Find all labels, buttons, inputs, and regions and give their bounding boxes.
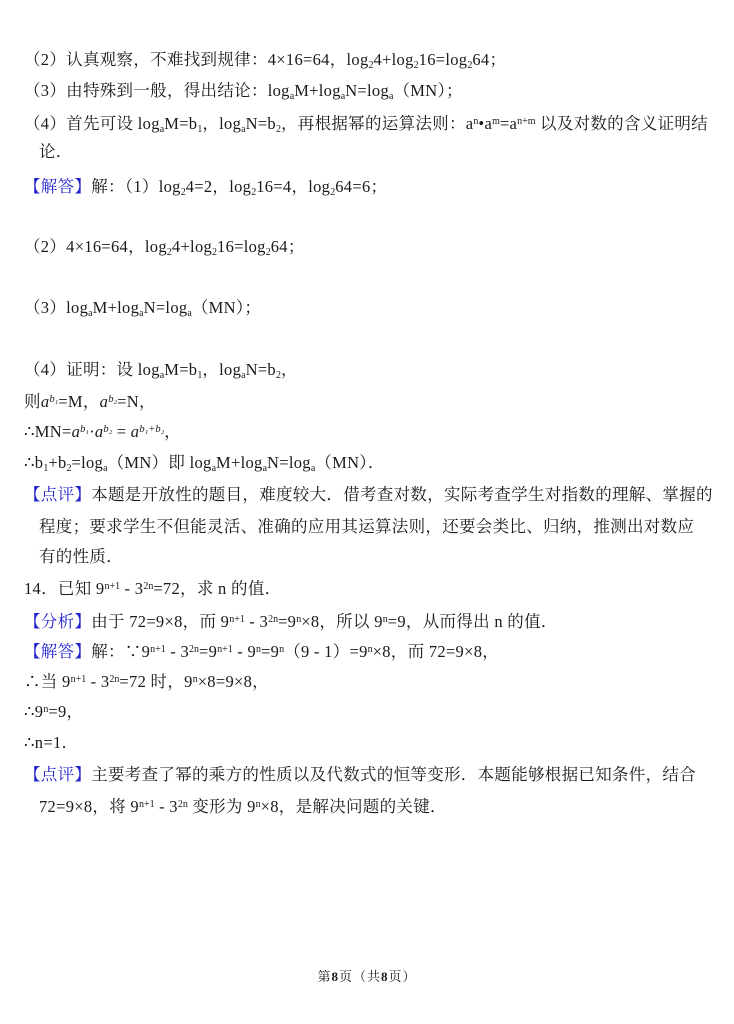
p13-answer-part4-setup: （4）证明：设 logaM=b1，logaN=b2， <box>24 355 298 385</box>
text-segment: N=b <box>246 114 276 133</box>
text-segment: ， <box>281 360 298 379</box>
q14-answer-line4: ∴n=1． <box>24 728 78 758</box>
page-footer: 第8页（共8页） <box>0 966 734 985</box>
p13-answer-part3: （3）logaM+logaN=loga（MN）； <box>24 293 261 323</box>
text-segment: =9，从而得出 n 的值． <box>388 612 558 631</box>
text-segment: N=log <box>267 453 311 472</box>
text-segment: N=log <box>144 298 188 317</box>
text-segment: ×8，是解决问题的关键． <box>261 797 447 816</box>
text-segment: （9 - 1）=9 <box>284 642 368 661</box>
section-label: 【点评】 <box>24 765 91 784</box>
text-segment: （MN）； <box>192 298 261 317</box>
section-label: 【解答】 <box>24 642 91 661</box>
section-label: 【解答】 <box>24 177 91 196</box>
text-segment: a <box>100 392 109 411</box>
text-segment: 4+log <box>374 50 414 69</box>
q14-comment-line2: 72=9×8，将 9n+1 - 32n 变形为 9n×8，是解决问题的关键． <box>39 790 447 820</box>
text-segment: 8 <box>331 969 339 984</box>
text-segment: 程度；要求学生不但能灵活、准确的应用其运算法则，还要会类比、归纳，推测出对数应 <box>39 517 694 536</box>
text-segment: b₂ <box>103 424 112 435</box>
text-segment: M+log <box>93 298 140 317</box>
text-segment: （MN）即 log <box>108 453 212 472</box>
q14-answer-line1: 【解答】解：∵9n+1 - 32n=9n+1 - 9n=9n（9 - 1）=9n… <box>24 635 499 665</box>
text-segment: 2n <box>178 799 188 810</box>
text-segment: a <box>72 422 81 441</box>
text-segment: ，再根据幂的运算法则：a <box>281 114 473 133</box>
q14-answer-line2: ∴当 9n+1 - 32n=72 时，9n×8=9×8， <box>24 665 269 695</box>
text-segment: 2n <box>268 614 278 625</box>
text-segment: （3）log <box>24 298 88 317</box>
text-segment: 16=log <box>419 50 468 69</box>
text-segment: n+1 <box>71 674 87 685</box>
text-segment: = <box>112 422 130 441</box>
text-segment: ，log <box>202 360 241 379</box>
text-segment: 有的性质． <box>39 547 123 566</box>
text-segment: =72，求 n 的值． <box>153 579 281 598</box>
text-segment: =a <box>500 114 517 133</box>
text-segment: 72=9×8，将 9 <box>39 797 139 816</box>
text-segment: ∴n=1． <box>24 733 78 752</box>
p13-answer-part4-line4: ∴b1+b2=loga（MN）即 logaM+logaN=loga（MN）． <box>24 448 385 478</box>
q14-comment-line1: 【点评】主要考查了幂的乘方的性质以及代数式的恒等变形．本题能够根据已知条件，结合 <box>24 760 696 790</box>
text-segment: 由于 72=9×8，而 9 <box>91 612 229 631</box>
text-segment: 4+log <box>172 237 212 256</box>
p13-analysis-step4: （4）首先可设 logaM=b1，logaN=b2，再根据幂的运算法则：an•a… <box>24 107 708 137</box>
p13-comment-line3: 有的性质． <box>39 542 123 572</box>
text-segment: （4）证明：设 log <box>24 360 160 379</box>
text-segment: =72 时，9 <box>119 672 192 691</box>
text-segment: 以及对数的含义证明结 <box>536 114 708 133</box>
text-segment: 则 <box>24 392 41 411</box>
p13-analysis-step4-cont: 论． <box>39 137 73 167</box>
text-segment: 16=log <box>217 237 266 256</box>
text-segment: 解：（1）log <box>91 177 180 196</box>
text-segment: 64=6； <box>335 177 387 196</box>
text-segment: n+1 <box>217 644 233 655</box>
text-segment: ， <box>164 422 181 441</box>
text-segment: b₁ <box>49 394 58 405</box>
text-segment: =M， <box>58 392 99 411</box>
text-segment: M+log <box>216 453 263 472</box>
text-segment: b₂ <box>108 394 117 405</box>
text-segment: （2）4×16=64，log <box>24 237 167 256</box>
text-segment: M=b <box>164 360 197 379</box>
q14-answer-line3: ∴9n=9， <box>24 695 83 725</box>
text-segment: 第 <box>317 969 331 984</box>
section-label: 【点评】 <box>24 485 91 504</box>
text-segment: 2n <box>143 581 153 592</box>
p13-answer-part4-line3: ∴MN=ab₁·ab₂ = ab₁+b₂， <box>24 415 181 445</box>
text-segment: 变形为 9 <box>188 797 256 816</box>
text-segment: 本题是开放性的题目，难度较大．借考查对数，实际考查学生对指数的理解、掌握的 <box>91 485 713 504</box>
text-segment: n+1 <box>104 581 120 592</box>
p13-analysis-step2: （2）认真观察，不难找到规律：4×16=64，log24+log216=log2… <box>24 45 506 75</box>
p13-answer-part1: 【解答】解：（1）log24=2，log216=4，log264=6； <box>24 172 387 202</box>
text-segment: m <box>492 116 500 127</box>
text-segment: 页） <box>389 969 417 984</box>
p13-comment-line1: 【点评】本题是开放性的题目，难度较大．借考查对数，实际考查学生对指数的理解、掌握… <box>24 480 713 510</box>
text-segment: ∴当 9 <box>24 672 71 691</box>
text-segment: +b <box>48 453 66 472</box>
text-segment: - 3 <box>155 797 178 816</box>
text-segment: （MN）． <box>315 453 384 472</box>
text-segment: ∴MN= <box>24 422 72 441</box>
text-segment: 论． <box>39 142 73 161</box>
text-segment: 页（共 <box>339 969 381 984</box>
text-segment: ×8=9×8， <box>198 672 269 691</box>
text-segment: 解：∵9 <box>91 642 150 661</box>
text-segment: ×8，所以 9 <box>301 612 383 631</box>
text-segment: b₁+b₂ <box>139 424 164 435</box>
text-segment: 2n <box>189 644 199 655</box>
text-segment: - 3 <box>166 642 189 661</box>
text-segment: 16=4，log <box>256 177 330 196</box>
section-label: 【分析】 <box>24 612 91 631</box>
text-segment: - 3 <box>120 579 143 598</box>
q14-problem: 14．已知 9n+1 - 32n=72，求 n 的值． <box>24 572 281 602</box>
text-segment: ，log <box>202 114 241 133</box>
text-segment: =log <box>72 453 104 472</box>
text-segment: =9， <box>48 702 83 721</box>
p13-comment-line2: 程度；要求学生不但能灵活、准确的应用其运算法则，还要会类比、归纳，推测出对数应 <box>39 512 694 542</box>
text-segment: n+1 <box>150 644 166 655</box>
text-segment: 64； <box>271 237 305 256</box>
p13-answer-part2: （2）4×16=64，log24+log216=log264； <box>24 232 305 262</box>
text-segment: ∴9 <box>24 702 43 721</box>
text-segment: （4）首先可设 log <box>24 114 160 133</box>
text-segment: 8 <box>381 969 389 984</box>
text-segment: - 3 <box>245 612 268 631</box>
text-segment: （3）由特殊到一般，得出结论：log <box>24 81 290 100</box>
text-segment: （MN）； <box>393 81 462 100</box>
text-segment: N=log <box>345 81 389 100</box>
text-segment: N=b <box>246 360 276 379</box>
text-segment: =9 <box>199 642 217 661</box>
text-segment: n+1 <box>139 799 155 810</box>
text-segment: =N， <box>117 392 156 411</box>
text-segment: 主要考查了幂的乘方的性质以及代数式的恒等变形．本题能够根据已知条件，结合 <box>91 765 696 784</box>
text-segment: - 3 <box>86 672 109 691</box>
q14-analysis: 【分析】由于 72=9×8，而 9n+1 - 32n=9n×8，所以 9n=9，… <box>24 605 558 635</box>
text-segment: 2n <box>109 674 119 685</box>
text-segment: （2）认真观察，不难找到规律：4×16=64，log <box>24 50 369 69</box>
text-segment: =9 <box>261 642 279 661</box>
text-segment: M=b <box>164 114 197 133</box>
text-segment: n+m <box>517 116 535 127</box>
p13-analysis-step3: （3）由特殊到一般，得出结论：logaM+logaN=loga（MN）； <box>24 76 463 106</box>
text-segment: ∴b <box>24 453 43 472</box>
text-segment: 4=2，log <box>186 177 252 196</box>
text-segment: 14．已知 9 <box>24 579 104 598</box>
text-segment: M+log <box>294 81 341 100</box>
document-page: （2）认真观察，不难找到规律：4×16=64，log24+log216=log2… <box>0 0 734 1024</box>
text-segment: 64； <box>472 50 506 69</box>
text-segment: ×8，而 72=9×8， <box>373 642 499 661</box>
text-segment: •a <box>478 114 492 133</box>
text-segment: =9 <box>278 612 296 631</box>
p13-answer-part4-line2: 则ab₁=M，ab₂=N， <box>24 385 156 415</box>
text-segment: - 9 <box>233 642 256 661</box>
text-segment: n+1 <box>229 614 245 625</box>
text-segment: b₁ <box>80 424 89 435</box>
